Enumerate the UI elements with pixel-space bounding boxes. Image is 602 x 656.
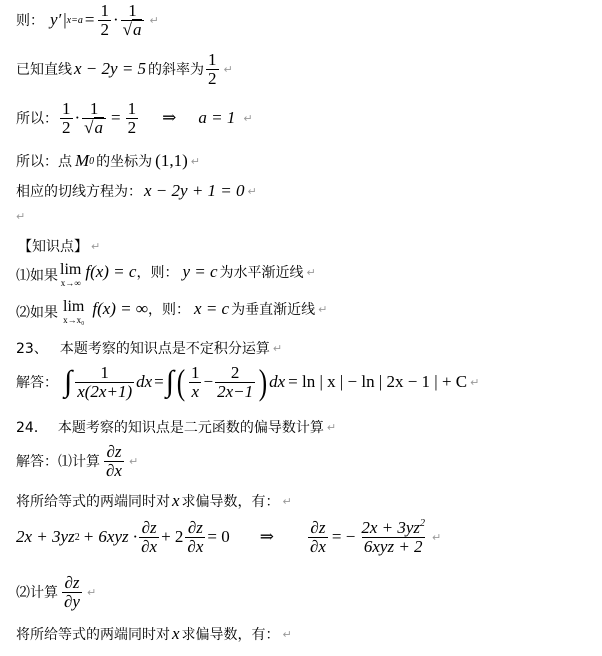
plus-two: + 2 [161, 527, 183, 547]
point-var: M [75, 151, 89, 171]
text-partial-derivative: 求偏导数，有： [182, 491, 280, 511]
paragraph-mark-icon: ↵ [191, 155, 200, 168]
implies-arrow-icon: ⇒ [162, 108, 176, 128]
paragraph-mark-icon: ↵ [432, 531, 441, 544]
fraction-slope: 12 [206, 51, 219, 88]
question-topic: 本题考察的知识点是二元函数的偏导数计算 [58, 417, 324, 437]
line-horizontal-asymptote: ⑴如果 limx→∞ f(x) = c ，则： y = c 为水平渐近线 ↵ [16, 262, 316, 288]
text-differentiate: 将所给等式的两端同时对 [16, 624, 170, 644]
text-partial-derivative: 求偏导数，有： [182, 624, 280, 644]
equals-negative: = − [332, 527, 355, 547]
dot-operator: · [113, 10, 119, 30]
paragraph-mark-icon: ↵ [87, 586, 96, 599]
label-answer-part1: 解答：⑴计算 [16, 451, 100, 471]
tangent-equation: x − 2y + 1 = 0 [144, 181, 245, 201]
text-slope-is: 的斜率为 [148, 59, 204, 79]
equals-sign: = [154, 372, 164, 392]
fraction-one-over-sqrt-a: 1√a [82, 100, 106, 137]
equals-sign: = [111, 108, 121, 128]
line-empty: ↵ [16, 210, 25, 223]
line-differentiate-wrt-x: 将所给等式的两端同时对 x 求偏导数，有： ↵ [16, 491, 292, 511]
partial-fraction-2: 22x−1 [215, 364, 255, 401]
text-then: ，则： [148, 299, 190, 319]
text-known-line: 已知直线 [16, 59, 72, 79]
dx: dx [136, 372, 152, 392]
implies-arrow-icon: ⇒ [260, 527, 274, 547]
line-point-coords: 所以：点 M0 的坐标为 (1,1) ↵ [16, 151, 200, 171]
paragraph-mark-icon: ↵ [307, 266, 316, 279]
coords-value: (1,1) [155, 151, 188, 171]
var-x: x [172, 624, 180, 644]
text-if-2: ⑵如果 [16, 302, 58, 322]
point-subscript: 0 [89, 156, 94, 167]
paragraph-mark-icon: ↵ [318, 303, 327, 316]
paragraph-mark-icon: ↵ [283, 495, 292, 508]
text-if-1: ⑴如果 [16, 265, 58, 285]
line-tangent-equation: 相应的切线方程为： x − 2y + 1 = 0 ↵ [16, 181, 257, 201]
limit-operator: limx→x₀ [63, 299, 84, 325]
integral-sign: ∫ [166, 367, 174, 397]
partial-fraction-1: 1x [189, 364, 202, 401]
section-heading-knowledge-points: 【知识点】 ↵ [18, 236, 100, 256]
partial-dz-dx: ∂z∂x [104, 443, 124, 480]
fraction-half: 12 [60, 100, 73, 137]
paragraph-mark-icon: ↵ [129, 455, 138, 468]
line-solve-a: 所以： 12 · 1√a = 12 ⇒ a = 1 ↵ [16, 100, 253, 137]
line-vertical-asymptote: ⑵如果 limx→x₀ f(x) = ∞ ，则： x = c 为垂直渐近线 ↵ [16, 299, 327, 325]
paragraph-mark-icon: ↵ [327, 421, 336, 434]
heading-knowledge-points: 【知识点】 [18, 236, 88, 256]
result-fraction: 2x + 3yz26xyz + 2 [359, 519, 427, 556]
limit-expr: f(x) = ∞ [92, 299, 148, 319]
partial-dz-dx: ∂z∂x [308, 519, 328, 556]
label-part2: ⑵计算 [16, 582, 58, 602]
text-horizontal-asymptote: 为水平渐近线 [220, 262, 304, 282]
text-vertical-asymptote: 为垂直渐近线 [231, 299, 315, 319]
line-slope: 已知直线 x − 2y = 5 的斜率为 12 ↵ [16, 51, 233, 88]
line-differentiate-wrt-x-2: 将所给等式的两端同时对 x 求偏导数，有： ↵ [16, 624, 292, 644]
text-tangent-eq: 相应的切线方程为： [16, 181, 142, 201]
line-compute-dz-dy: ⑵计算 ∂z∂y ↵ [16, 574, 96, 611]
equation-mid: + 6xyz · [83, 527, 137, 547]
text-then: ，则： [136, 262, 178, 282]
paragraph-mark-icon: ↵ [224, 63, 233, 76]
minus-sign: − [203, 372, 213, 392]
paragraph-mark-icon: ↵ [248, 185, 257, 198]
text-differentiate: 将所给等式的两端同时对 [16, 491, 170, 511]
line-derivative-at-a: 则： y′ |x=a = 12 · 1√a ↵ [16, 2, 159, 39]
equation-lhs: 2x + 3yz [16, 527, 75, 547]
fraction-one-over-sqrt-a: 1√a [121, 2, 145, 39]
asymptote-expr: x = c [194, 299, 229, 319]
partial-dz-dy: ∂z∂y [62, 574, 82, 611]
question-number: 24． [16, 417, 48, 437]
dx: dx [269, 372, 285, 392]
dot-operator: · [75, 108, 81, 128]
fraction-one-half: 12 [98, 2, 111, 39]
integral-sign: ∫ [64, 367, 72, 397]
superscript: 2 [75, 532, 80, 543]
label-answer: 解答： [16, 372, 58, 392]
text-point: 所以：点 [16, 151, 72, 171]
paragraph-mark-icon: ↵ [470, 376, 479, 389]
paragraph-mark-icon: ↵ [91, 240, 100, 253]
partial-dz-dx: ∂z∂x [139, 519, 159, 556]
paragraph-mark-icon: ↵ [149, 14, 158, 27]
paragraph-mark-icon: ↵ [16, 210, 25, 223]
text-coords-are: 的坐标为 [96, 151, 152, 171]
fraction-half-result: 12 [126, 100, 139, 137]
partial-dz-dx: ∂z∂x [185, 519, 205, 556]
label-therefore: 所以： [16, 108, 58, 128]
limit-expr: f(x) = c [85, 262, 136, 282]
asymptote-expr: y = c [182, 262, 217, 282]
derivative-symbol: y′ [50, 10, 61, 30]
integrand-fraction: 1x(2x+1) [75, 364, 134, 401]
question-number: 23、 [16, 338, 48, 358]
evaluation-subscript: x=a [67, 15, 83, 26]
line-equation: x − 2y = 5 [74, 59, 146, 79]
integral-result: = ln | x | − ln | 2x − 1 | + C [288, 372, 467, 392]
paragraph-mark-icon: ↵ [243, 112, 252, 125]
question-topic: 本题考察的知识点是不定积分运算 [60, 338, 270, 358]
label-then: 则： [16, 10, 44, 30]
paragraph-mark-icon: ↵ [273, 342, 282, 355]
a-equals-one: a = 1 [198, 108, 235, 128]
equals-zero: = 0 [207, 527, 229, 547]
question-24-heading: 24． 本题考察的知识点是二元函数的偏导数计算 ↵ [16, 417, 336, 437]
line-compute-dz-dx: 解答：⑴计算 ∂z∂x ↵ [16, 443, 138, 480]
var-x: x [172, 491, 180, 511]
question-23-heading: 23、 本题考察的知识点是不定积分运算 ↵ [16, 338, 282, 358]
limit-operator: limx→∞ [60, 262, 81, 288]
line-partial-equation: 2x + 3yz2 + 6xyz · ∂z∂x + 2 ∂z∂x = 0 ⇒ ∂… [16, 519, 441, 556]
paragraph-mark-icon: ↵ [283, 628, 292, 641]
line-integral-solution: 解答： ∫ 1x(2x+1) dx = ∫ ( 1x − 22x−1 ) dx … [16, 364, 479, 401]
